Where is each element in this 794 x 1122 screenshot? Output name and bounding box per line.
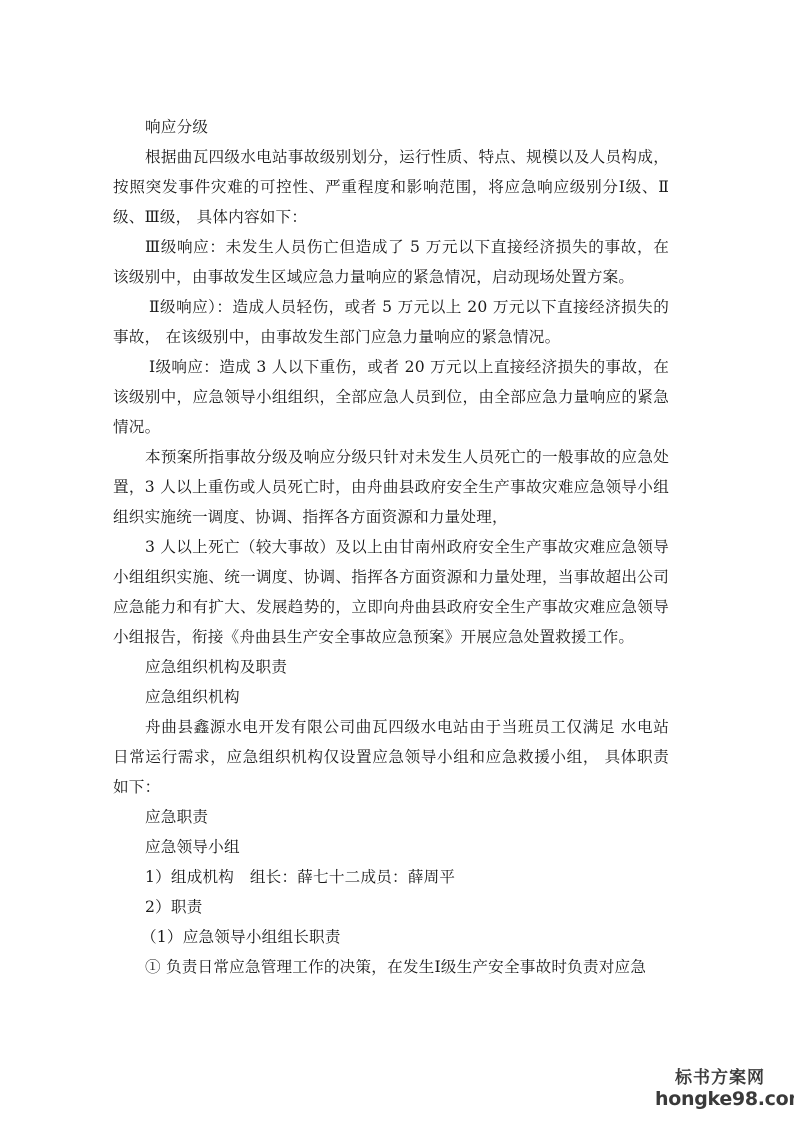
paragraph-level-classification: 根据曲瓦四级水电站事故级别划分，运行性质、特点、规模以及人员构成，按照突发事件灾… — [113, 142, 669, 232]
paragraph-level-3-response: Ⅲ级响应：未发生人员伤亡但造成了 5 万元以下直接经济损失的事故，在该级别中，由… — [113, 232, 669, 292]
list-item-leader-duties: （1）应急领导小组组长职责 — [113, 922, 669, 952]
list-item-duties: 2）职责 — [113, 892, 669, 922]
watermark-url: hongke98.com — [655, 1088, 785, 1110]
section-heading-organization-duties: 应急组织机构及职责 — [113, 652, 669, 682]
list-item-duty-1: ① 负责日常应急管理工作的决策，在发生Ⅰ级生产安全事故时负责对应急 — [113, 952, 669, 982]
list-item-composition: 1）组成机构 组长：薛七十二成员：薛周平 — [113, 862, 669, 892]
paragraph-scope-note: 本预案所指事故分级及响应分级只针对未发生人员死亡的一般事故的应急处置，3 人以上… — [113, 442, 669, 532]
section-heading-duties: 应急职责 — [113, 802, 669, 832]
document-page: 响应分级 根据曲瓦四级水电站事故级别划分，运行性质、特点、规模以及人员构成，按照… — [113, 112, 669, 982]
paragraph-major-accident: 3 人以上死亡（较大事故）及以上由甘南州政府安全生产事故灾难应急领导小组组织实施… — [113, 532, 669, 652]
paragraph-level-1-response: Ⅰ级响应：造成 3 人以下重伤，或者 20 万元以上直接经济损失的事故，在该级别… — [113, 352, 669, 442]
section-heading-organization: 应急组织机构 — [113, 682, 669, 712]
section-heading-leadership-group: 应急领导小组 — [113, 832, 669, 862]
section-heading-response-levels: 响应分级 — [113, 112, 669, 142]
watermark-title: 标书方案网 — [655, 1068, 785, 1088]
watermark: 标书方案网 hongke98.com — [655, 1068, 785, 1110]
paragraph-level-2-response: Ⅱ级响应）：造成人员轻伤，或者 5 万元以上 20 万元以下直接经济损失的事故，… — [113, 292, 669, 352]
paragraph-organization-description: 舟曲县鑫源水电开发有限公司曲瓦四级水电站由于当班员工仅满足 水电站日常运行需求，… — [113, 712, 669, 802]
